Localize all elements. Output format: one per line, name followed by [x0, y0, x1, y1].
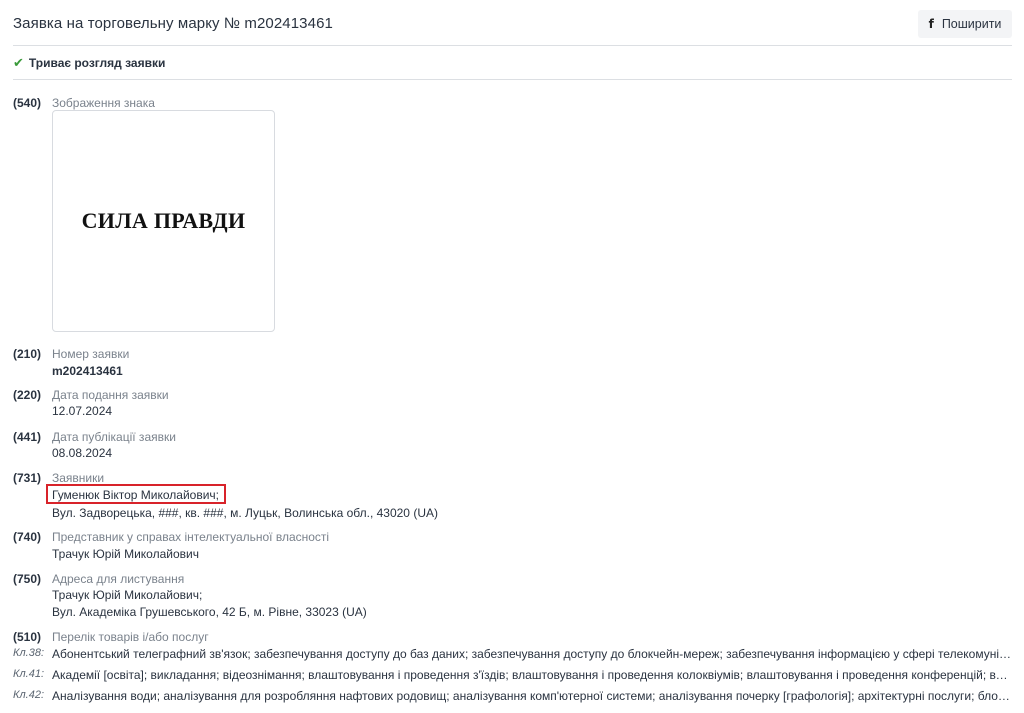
field-label: Представник у справах інтелектуальної вл… — [52, 530, 329, 544]
field-code: (510) — [13, 630, 41, 644]
field-label: Адреса для листування — [52, 572, 184, 586]
class-code: Кл.41: — [13, 668, 44, 680]
highlight-box — [46, 484, 226, 504]
field-label: Дата подання заявки — [52, 388, 169, 402]
correspondence-name: Трачук Юрій Миколайович; — [52, 588, 202, 602]
correspondence-address: Вул. Академіка Грушевського, 42 Б, м. Рі… — [52, 605, 367, 619]
class-row[interactable]: Кл.41: Академії [освіта]; викладання; ві… — [13, 668, 1013, 684]
field-label: Перелік товарів і/або послуг — [52, 630, 209, 644]
applicant-address: Вул. Задворецька, ###, кв. ###, м. Луцьк… — [52, 506, 438, 520]
field-label: Дата публікації заявки — [52, 430, 176, 444]
filing-date: 12.07.2024 — [52, 404, 112, 418]
status-bar: ✔ Триває розгляд заявки — [13, 46, 1012, 80]
application-number: m202413461 — [52, 364, 123, 378]
facebook-icon: f — [929, 17, 934, 31]
class-row[interactable]: Кл.38: Абонентський телеграфний зв'язок;… — [13, 647, 1013, 663]
class-code: Кл.38: — [13, 647, 44, 659]
page-header: Заявка на торговельну марку № m202413461… — [13, 0, 1012, 46]
status-text: Триває розгляд заявки — [29, 56, 165, 70]
field-code: (540) — [13, 96, 41, 110]
field-code: (210) — [13, 347, 41, 361]
representative-name: Трачук Юрій Миколайович — [52, 547, 199, 561]
field-label: Заявники — [52, 471, 104, 485]
field-label: Номер заявки — [52, 347, 129, 361]
field-code: (740) — [13, 530, 41, 544]
class-text: Абонентський телеграфний зв'язок; забезп… — [52, 647, 1012, 661]
class-row[interactable]: Кл.42: Аналізування води; аналізування д… — [13, 689, 1013, 705]
field-code: (220) — [13, 388, 41, 402]
page-title: Заявка на торговельну марку № m202413461 — [13, 15, 333, 32]
field-code: (750) — [13, 572, 41, 586]
publication-date: 08.08.2024 — [52, 446, 112, 460]
class-code: Кл.42: — [13, 689, 44, 701]
share-label: Поширити — [942, 17, 1002, 31]
share-button[interactable]: f Поширити — [918, 10, 1012, 38]
check-icon: ✔ — [13, 55, 24, 71]
class-text: Аналізування води; аналізування для розр… — [52, 689, 1012, 703]
trademark-text: СИЛА ПРАВДИ — [82, 208, 246, 234]
field-code: (731) — [13, 471, 41, 485]
class-text: Академії [освіта]; викладання; відеознім… — [52, 668, 1012, 682]
field-label: Зображення знака — [52, 96, 155, 110]
field-code: (441) — [13, 430, 41, 444]
trademark-image[interactable]: СИЛА ПРАВДИ — [52, 110, 275, 332]
